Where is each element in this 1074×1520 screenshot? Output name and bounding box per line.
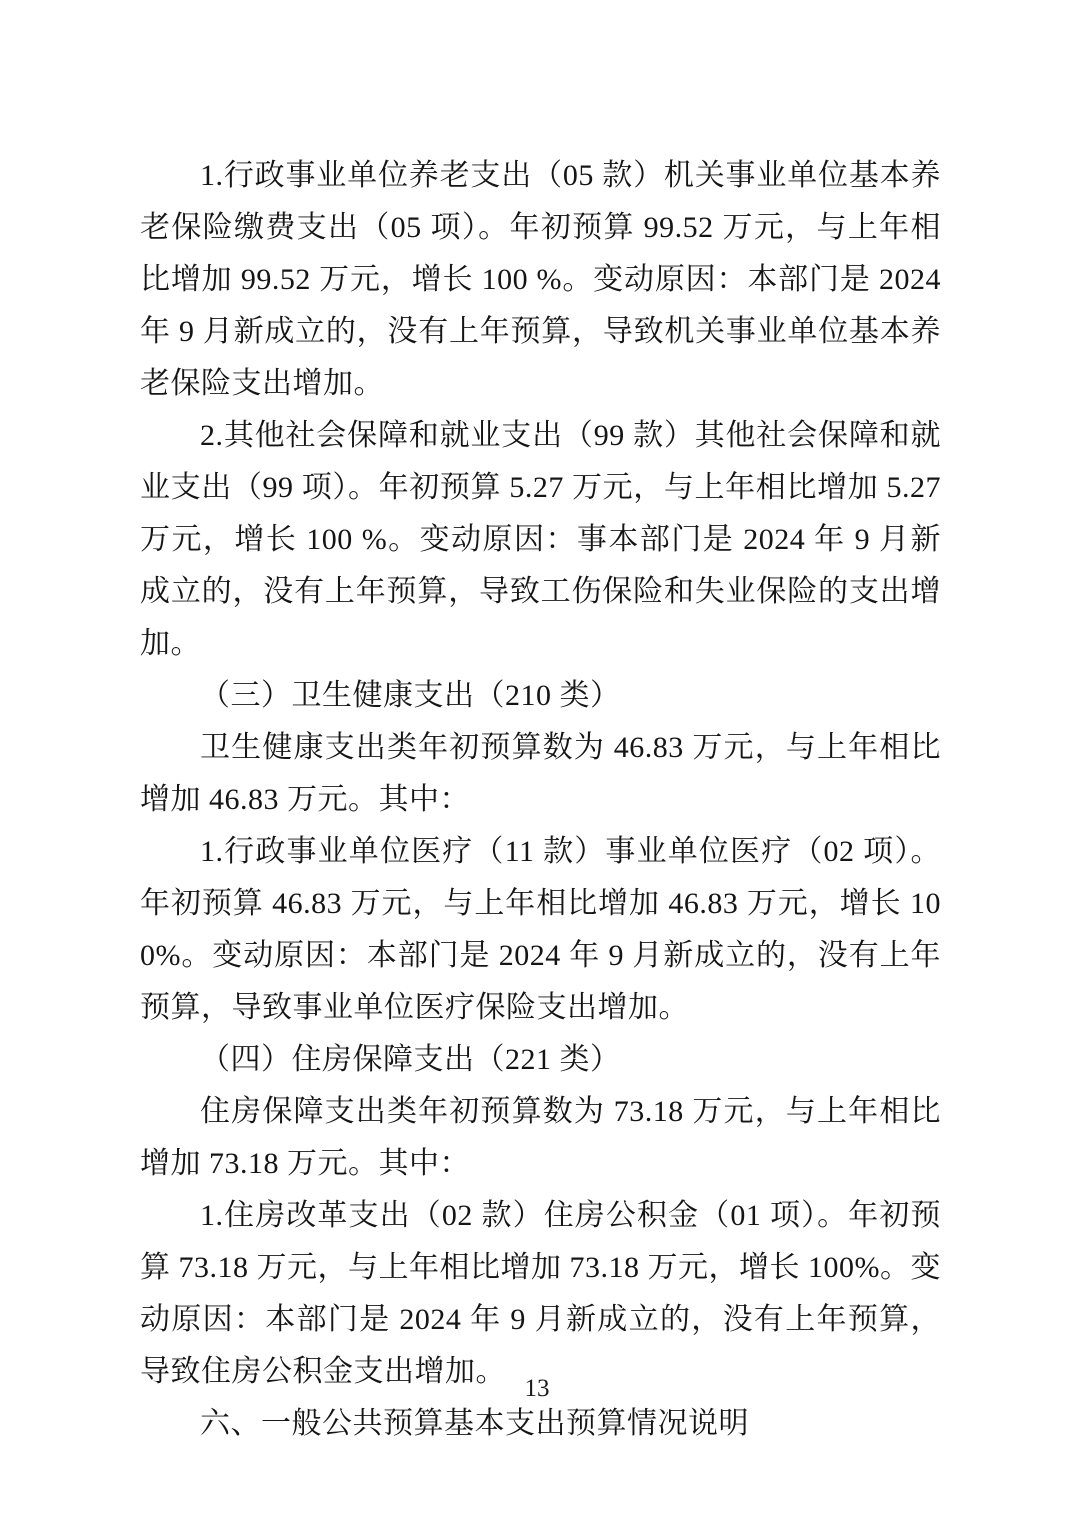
- document-page: 1.行政事业单位养老支出（05 款）机关事业单位基本养老保险缴费支出（05 项）…: [0, 0, 1074, 1520]
- paragraph-other-social-security: 2.其他社会保障和就业支出（99 款）其他社会保障和就业支出（99 项）。年初预…: [140, 410, 941, 670]
- paragraph-medical-expenditure: 1.行政事业单位医疗（11 款）事业单位医疗（02 项）。年初预算 46.83 …: [140, 826, 941, 1034]
- paragraph-health-budget-summary: 卫生健康支出类年初预算数为 46.83 万元，与上年相比增加 46.83 万元。…: [140, 722, 941, 826]
- paragraph-housing-budget-summary: 住房保障支出类年初预算数为 73.18 万元，与上年相比增加 73.18 万元。…: [140, 1086, 941, 1190]
- document-text-body: 1.行政事业单位养老支出（05 款）机关事业单位基本养老保险缴费支出（05 项）…: [140, 150, 941, 1450]
- page-number: 13: [525, 1375, 550, 1402]
- page-footer: 13: [0, 1372, 1074, 1406]
- paragraph-pension-expenditure: 1.行政事业单位养老支出（05 款）机关事业单位基本养老保险缴费支出（05 项）…: [140, 150, 941, 410]
- heading-housing-expenditure: （四）住房保障支出（221 类）: [140, 1034, 941, 1086]
- paragraph-housing-fund: 1.住房改革支出（02 款）住房公积金（01 项）。年初预算 73.18 万元，…: [140, 1190, 941, 1398]
- heading-health-expenditure: （三）卫生健康支出（210 类）: [140, 670, 941, 722]
